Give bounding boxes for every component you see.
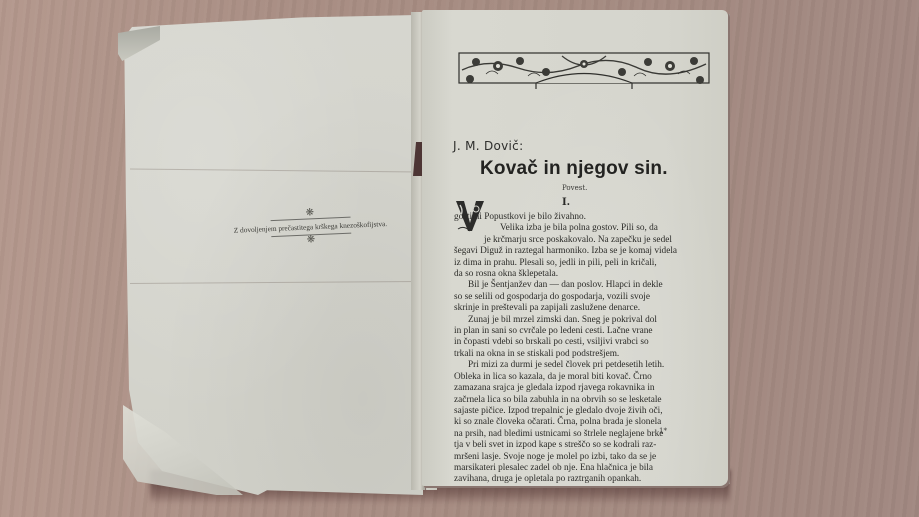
story-title: Kovač in njegov sin. (480, 158, 668, 180)
text-line: Pri mizi za durmi je sedel človek pri pe… (454, 360, 714, 371)
text-line: in plan in sani so cvrčale po ledeni ces… (454, 326, 714, 337)
text-line: tja v beli svet in izpod kape s streščo … (454, 440, 714, 451)
paragraph: Pri mizi za durmi je sedel človek pri pe… (454, 360, 714, 485)
paragraph: Velika izba je bila polna gostov. Pili s… (454, 223, 714, 280)
text-line: da so rosna okna šklepetala. (454, 269, 714, 280)
text-line: Obleka in lica so kazala, da je moral bi… (454, 372, 714, 383)
author-name: J. M. Dovič: (453, 139, 523, 153)
text-line: Velika izba je bila polna gostov. Pili s… (454, 223, 714, 234)
floral-header-ornament-icon (458, 52, 710, 94)
text-line: mršeni lasje. Svoje noge je molel po izb… (454, 452, 714, 463)
left-page (123, 15, 423, 495)
text-line: skrinje in preštevali pa zapijali zasluž… (454, 303, 714, 314)
text-line: začrnela lica so bila zabuhla in na obrv… (454, 395, 714, 406)
story-body: gostilni Popustkovi je bilo živahno. Vel… (454, 212, 714, 486)
paragraph: Bil je Šentjanžev dan — dan poslov. Hlap… (454, 280, 714, 314)
chapter-number: I. (562, 197, 570, 208)
story-subtitle: Povest. (562, 184, 587, 192)
text-line: Zunaj je bil mrzel zimski dan. Sneg je p… (454, 315, 714, 326)
text-line: sajaste pičice. Izpod trepalnic je gleda… (454, 406, 714, 417)
imprimatur-block: ❋ Z dovoljenjem prečastitega krškega kne… (227, 205, 393, 249)
text-line: na prsih, nad bledimi ustnicami so štrle… (454, 429, 714, 440)
text-line: je krčmarju srce poskakovalo. Na zapečku… (454, 235, 714, 246)
text-line: gostilni Popustkovi je bilo živahno. (454, 212, 714, 223)
text-line: šegavi Diguž in raztegal harmoniko. Izba… (454, 246, 714, 257)
text-line: Bil je Šentjanžev dan — dan poslov. Hlap… (454, 280, 714, 291)
text-line: trkali na okna in se stiskali pod podstr… (454, 349, 714, 360)
paragraph: Zunaj je bil mrzel zimski dan. Sneg je p… (454, 315, 714, 361)
text-line: so se selili od gospodarja do gospodarja… (454, 292, 714, 303)
text-line: zavihana, druga je opletala po raztrgani… (454, 474, 714, 485)
printer-signature-mark: 1* (659, 427, 667, 435)
text-line: ki so znale človeka očarati. Črna, polna… (454, 417, 714, 428)
paragraph: gostilni Popustkovi je bilo živahno. (454, 212, 714, 223)
text-line: in čopasti vdebi so brskali po cesti, vs… (454, 337, 714, 348)
text-line: iz dima in prahu. Plesali so, jedli in p… (454, 258, 714, 269)
text-line: marsikateri plesalec zadel ob nje. Ena h… (454, 463, 714, 474)
text-line: zamazana srajca je gledala izpod rjavega… (454, 383, 714, 394)
